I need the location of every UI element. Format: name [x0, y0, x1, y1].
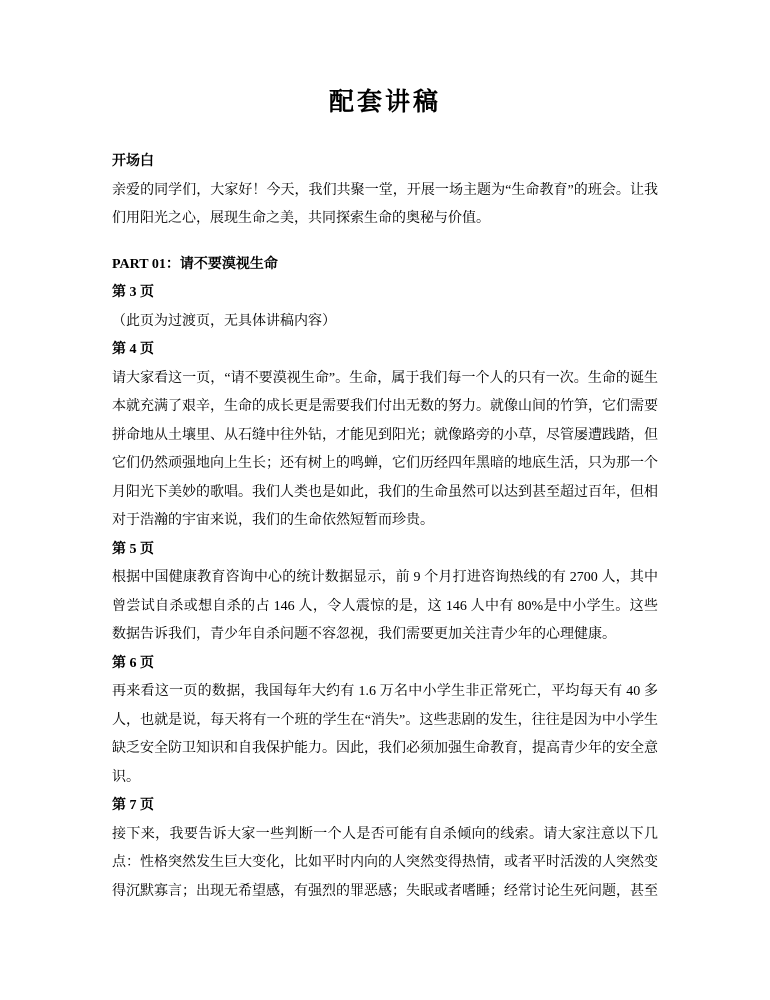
heading-opening-remarks: 开场白	[112, 148, 658, 177]
heading-page-7: 第 7 页	[112, 792, 658, 821]
para-page-3: （此页为过渡页，无具体讲稿内容）	[112, 308, 658, 337]
heading-page-5: 第 5 页	[112, 536, 658, 565]
document-page: 配套讲稿 开场白 亲爱的同学们，大家好！今天，我们共聚一堂，开展一场主题为“生命…	[0, 0, 770, 1000]
heading-page-6: 第 6 页	[112, 650, 658, 679]
para-page-4: 请大家看这一页，“请不要漠视生命”。生命，属于我们每一个人的只有一次。生命的诞生…	[112, 365, 658, 536]
document-title: 配套讲稿	[112, 86, 658, 120]
para-page-7: 接下来，我要告诉大家一些判断一个人是否可能有自杀倾向的线索。请大家注意以下几点：…	[112, 821, 658, 907]
para-page-6: 再来看这一页的数据，我国每年大约有 1.6 万名中小学生非正常死亡，平均每天有 …	[112, 678, 658, 792]
heading-page-4: 第 4 页	[112, 336, 658, 365]
para-page-5: 根据中国健康教育咨询中心的统计数据显示，前 9 个月打进咨询热线的有 2700 …	[112, 564, 658, 650]
heading-page-3: 第 3 页	[112, 279, 658, 308]
para-opening-remarks: 亲爱的同学们，大家好！今天，我们共聚一堂，开展一场主题为“生命教育”的班会。让我…	[112, 177, 658, 234]
heading-part-01: PART 01：请不要漠视生命	[112, 251, 658, 280]
